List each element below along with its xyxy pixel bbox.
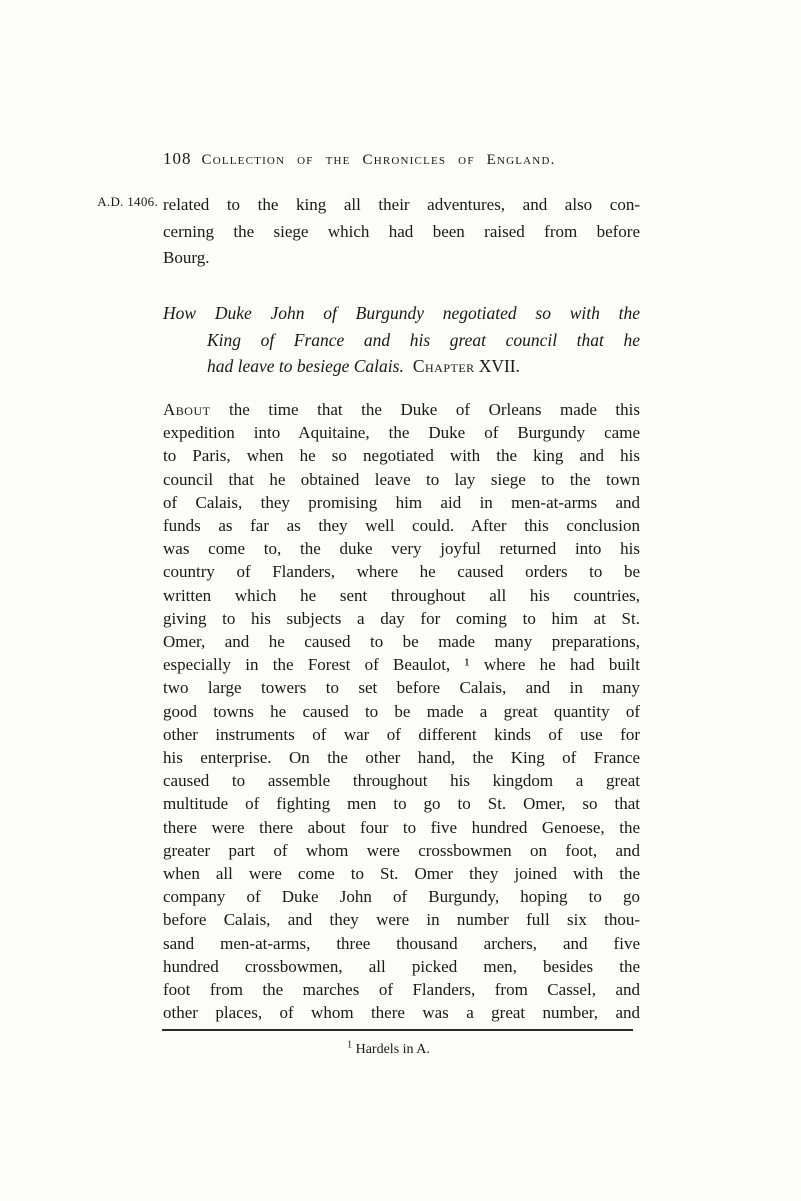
chapter-label: Chapter xyxy=(413,356,475,376)
body-paragraph: About the time that the Duke of Orleans … xyxy=(163,398,640,1024)
heading-line: King of France and his great council tha… xyxy=(163,327,640,354)
footnote: 1 Hardels in A. xyxy=(150,1042,627,1058)
footnote-text: Hardels in A. xyxy=(356,1042,430,1057)
text-line: was come to, the duke very joyful return… xyxy=(163,537,640,560)
text-line: to Paris, when he so negotiated with the… xyxy=(163,444,640,467)
text-line: company of Duke John of Burgundy, hoping… xyxy=(163,885,640,908)
text-line: when all were come to St. Omer they join… xyxy=(163,862,640,885)
page-number: 108 xyxy=(163,149,192,168)
chapter-heading: How Duke John of Burgundy negotiated so … xyxy=(163,300,640,380)
text-line-rest: the time that the Duke of Orleans made t… xyxy=(229,400,640,419)
text-line: country of Flanders, where he caused ord… xyxy=(163,560,640,583)
text-line: cerning the siege which had been raised … xyxy=(163,219,640,246)
running-head: 108Collection of the Chronicles of Engla… xyxy=(163,149,640,169)
text-line: other instruments of war of different ki… xyxy=(163,723,640,746)
text-line: sand men-at-arms, three thousand archers… xyxy=(163,932,640,955)
footnote-divider xyxy=(162,1029,633,1031)
scanned-book-page: { "header": { "page_number": "108", "tit… xyxy=(0,0,801,1201)
footnote-marker: 1 xyxy=(347,1039,352,1050)
text-line: his enterprise. On the other hand, the K… xyxy=(163,746,640,769)
lead-word: About xyxy=(163,400,210,419)
text-line: funds as far as they well could. After t… xyxy=(163,514,640,537)
text-line: multitude of fighting men to go to St. O… xyxy=(163,792,640,815)
text-line: Omer, and he caused to be made many prep… xyxy=(163,630,640,653)
heading-line: How Duke John of Burgundy negotiated so … xyxy=(163,300,640,327)
running-title: Collection of the Chronicles of England. xyxy=(202,152,556,168)
text-line: hundred crossbowmen, all picked men, bes… xyxy=(163,955,640,978)
text-line: giving to his subjects a day for coming … xyxy=(163,607,640,630)
text-line: other places, of whom there was a great … xyxy=(163,1001,640,1024)
text-line: two large towers to set before Calais, a… xyxy=(163,676,640,699)
text-line: greater part of whom were crossbowmen on… xyxy=(163,839,640,862)
text-line: before Calais, and they were in number f… xyxy=(163,908,640,931)
heading-line-text: had leave to besiege Calais. xyxy=(207,356,404,376)
intro-paragraph: related to the king all their adventures… xyxy=(163,192,640,272)
text-line: About the time that the Duke of Orleans … xyxy=(163,398,640,421)
text-line: caused to assemble throughout his kingdo… xyxy=(163,769,640,792)
text-line: especially in the Forest of Beaulot, ¹ w… xyxy=(163,653,640,676)
text-line: of Calais, they promising him aid in men… xyxy=(163,491,640,514)
text-line: written which he sent throughout all his… xyxy=(163,584,640,607)
text-line: council that he obtained leave to lay si… xyxy=(163,468,640,491)
chapter-number: XVII. xyxy=(479,356,520,376)
heading-line: had leave to besiege Calais.ChapterXVII. xyxy=(163,353,640,380)
text-line: there were there about four to five hund… xyxy=(163,816,640,839)
text-line: related to the king all their adventures… xyxy=(163,192,640,219)
text-line: foot from the marches of Flanders, from … xyxy=(163,978,640,1001)
text-line: Bourg. xyxy=(163,245,640,272)
text-line: expedition into Aquitaine, the Duke of B… xyxy=(163,421,640,444)
margin-note-date: A.D. 1406. xyxy=(60,194,158,210)
text-line: good towns he caused to be made a great … xyxy=(163,700,640,723)
